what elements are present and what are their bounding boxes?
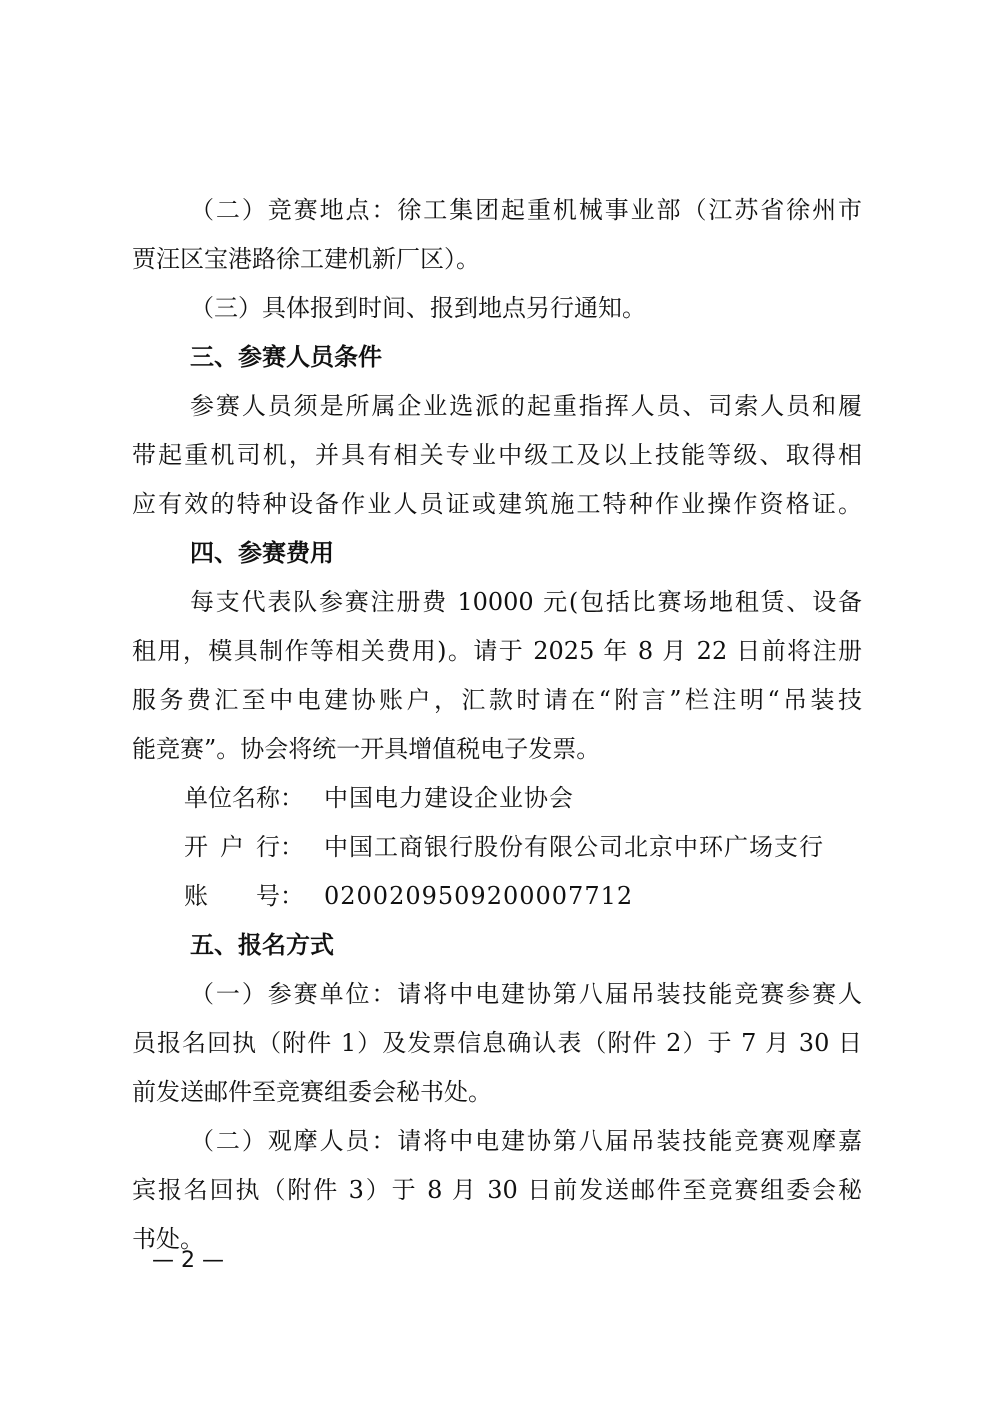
unit-name-label: 单位名称： xyxy=(184,774,304,823)
paragraph-participant-units-line-1: （一）参赛单位：请将中电建协第八届吊装技能竞赛参赛人 xyxy=(132,970,862,1019)
paragraph-requirements-line-2: 带起重机司机，并具有相关专业中级工及以上技能等级、取得相 xyxy=(132,431,862,480)
bank-info-account: 账号： 0200209509200007712 xyxy=(132,872,862,921)
paragraph-requirements-line-1: 参赛人员须是所属企业选派的起重指挥人员、司索人员和履 xyxy=(132,382,862,431)
paragraph-competition-venue-line-2: 贾汪区宝港路徐工建机新厂区）。 xyxy=(132,235,862,284)
bank-info-bank: 开户行： 中国工商银行股份有限公司北京中环广场支行 xyxy=(132,823,862,872)
bank-info-unit-name: 单位名称： 中国电力建设企业协会 xyxy=(132,774,862,823)
account-value: 0200209509200007712 xyxy=(304,872,633,921)
section-heading-participant-requirements: 三、参赛人员条件 xyxy=(132,333,862,382)
paragraph-observers-line-1: （二）观摩人员：请将中电建协第八届吊装技能竞赛观摩嘉 xyxy=(132,1117,862,1166)
section-heading-fees: 四、参赛费用 xyxy=(132,529,862,578)
document-page: （二）竞赛地点：徐工集团起重机械事业部（江苏省徐州市 贾汪区宝港路徐工建机新厂区… xyxy=(132,186,862,1264)
paragraph-registration-notice: （三）具体报到时间、报到地点另行通知。 xyxy=(132,284,862,333)
unit-name-value: 中国电力建设企业协会 xyxy=(304,774,574,823)
paragraph-observers-line-2: 宾报名回执（附件 3）于 8 月 30 日前发送邮件至竞赛组委会秘 xyxy=(132,1166,862,1215)
bank-label: 开户行： xyxy=(184,823,304,872)
paragraph-participant-units-line-2: 员报名回执（附件 1）及发票信息确认表（附件 2）于 7 月 30 日 xyxy=(132,1019,862,1068)
paragraph-fees-line-2: 租用，模具制作等相关费用)。请于 2025 年 8 月 22 日前将注册 xyxy=(132,627,862,676)
page-number: — 2 — xyxy=(152,1248,224,1273)
paragraph-fees-line-4: 能竞赛”。协会将统一开具增值税电子发票。 xyxy=(132,725,862,774)
paragraph-fees-line-1: 每支代表队参赛注册费 10000 元(包括比赛场地租赁、设备 xyxy=(132,578,862,627)
paragraph-requirements-line-3: 应有效的特种设备作业人员证或建筑施工特种作业操作资格证。 xyxy=(132,480,862,529)
paragraph-fees-line-3: 服务费汇至中电建协账户，汇款时请在“附言”栏注明“吊装技 xyxy=(132,676,862,725)
section-heading-registration-method: 五、报名方式 xyxy=(132,921,862,970)
paragraph-competition-venue-line-1: （二）竞赛地点：徐工集团起重机械事业部（江苏省徐州市 xyxy=(132,186,862,235)
bank-value: 中国工商银行股份有限公司北京中环广场支行 xyxy=(304,823,824,872)
paragraph-observers-line-3: 书处。 xyxy=(132,1215,862,1264)
paragraph-participant-units-line-3: 前发送邮件至竞赛组委会秘书处。 xyxy=(132,1068,862,1117)
account-label: 账号： xyxy=(184,872,304,921)
